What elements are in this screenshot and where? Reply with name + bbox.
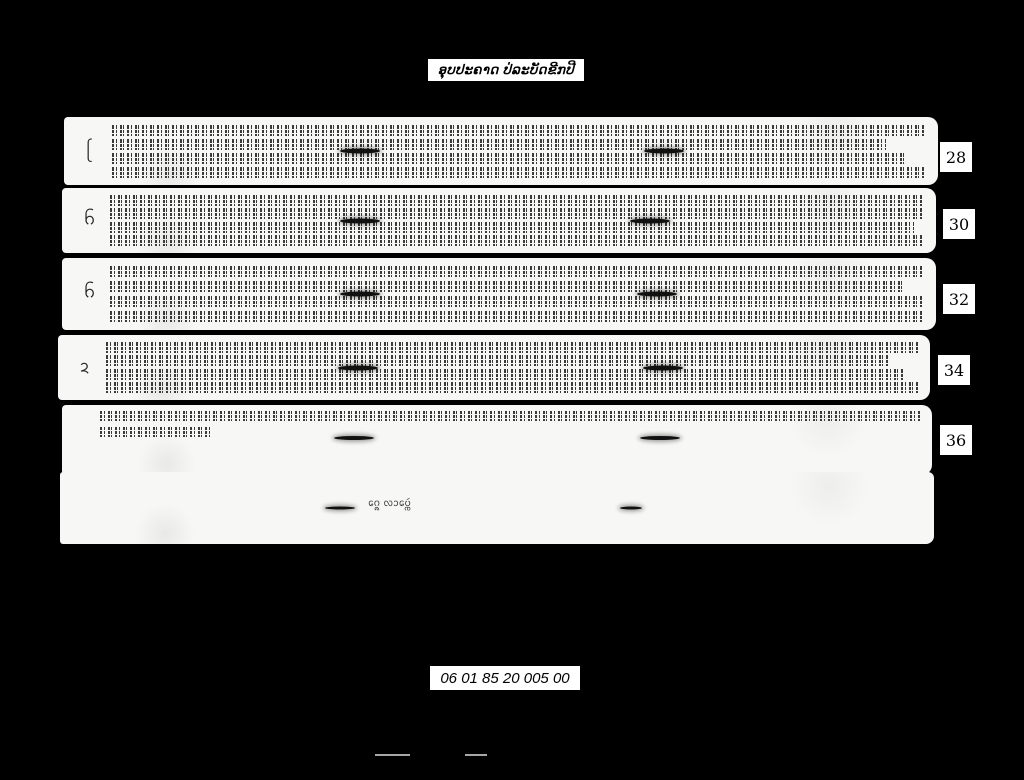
leaf-script-lines	[106, 341, 918, 394]
leaf-script-lines	[110, 194, 924, 247]
film-edge-streak	[375, 754, 410, 756]
leaf-script-lines	[100, 411, 920, 437]
script-line	[100, 427, 210, 437]
script-line	[106, 342, 918, 353]
script-line	[112, 167, 926, 178]
binding-hole	[334, 436, 374, 440]
binding-hole	[640, 436, 680, 440]
palm-leaf-page-32: ᨤ	[62, 258, 936, 330]
page-number: 32	[949, 290, 969, 309]
script-line	[110, 235, 924, 246]
binding-hole	[325, 507, 355, 510]
palm-leaf-page-30: ᨤ	[62, 188, 936, 253]
binding-hole	[338, 365, 378, 370]
palm-leaf-page-34: ᨯ	[58, 335, 930, 400]
script-line	[112, 125, 926, 136]
page-number: 34	[944, 361, 964, 380]
script-line	[110, 281, 904, 292]
manuscript-title-label: ອຸບປະຄາດ ປ່ລະບັດຂີກປີ	[428, 59, 584, 81]
script-line	[106, 382, 918, 393]
page-number: 30	[949, 215, 969, 234]
script-line	[110, 208, 924, 219]
palm-leaf-page-28: ᩕ	[64, 117, 938, 185]
page-number-tag: 34	[938, 355, 970, 385]
script-line	[110, 296, 924, 307]
binding-hole	[340, 218, 380, 223]
script-line	[100, 411, 920, 421]
binding-hole	[637, 292, 677, 297]
leaf-margin-mark: ᨯ	[80, 355, 89, 380]
script-line	[106, 355, 888, 366]
page-number-tag: 30	[943, 209, 975, 239]
cover-inscription: ᨣᩮ᩠ᨦ ᩃᩣᨷᩮᩢ᩠ᨠ	[368, 496, 411, 512]
palm-leaf-cover: ᨣᩮ᩠ᨦ ᩃᩣᨷᩮᩢ᩠ᨠ	[60, 472, 934, 544]
script-line	[110, 222, 914, 233]
film-edge-streak	[465, 754, 487, 756]
manuscript-title-text: ອຸບປະຄາດ ປ່ລະບັດຂີກປີ	[438, 62, 574, 78]
script-line	[106, 369, 903, 380]
leaf-margin-mark: ᨤ	[84, 208, 95, 233]
page-number-tag: 32	[943, 284, 975, 314]
binding-hole	[340, 292, 380, 297]
page-number: 28	[946, 148, 966, 167]
page-number-tag: 36	[940, 425, 972, 455]
leaf-script-lines	[112, 123, 926, 179]
leaf-margin-mark: ᨤ	[84, 282, 95, 307]
script-line	[112, 153, 906, 164]
script-line	[112, 139, 886, 150]
binding-hole	[644, 149, 684, 154]
leaf-script-lines	[110, 264, 924, 324]
script-line	[110, 195, 924, 206]
film-id-label: 06 01 85 20 005 00	[430, 666, 580, 690]
palm-leaf-page-36	[62, 405, 932, 475]
script-line	[110, 266, 924, 277]
script-line	[110, 311, 924, 322]
film-id-text: 06 01 85 20 005 00	[440, 670, 569, 687]
binding-hole	[643, 365, 683, 370]
binding-hole	[620, 507, 642, 510]
page-number-tag: 28	[940, 142, 972, 172]
page-number: 36	[946, 431, 966, 450]
leaf-texture	[60, 472, 934, 544]
leaf-margin-mark: ᩕ	[86, 139, 91, 164]
binding-hole	[630, 218, 670, 223]
binding-hole	[340, 149, 380, 154]
